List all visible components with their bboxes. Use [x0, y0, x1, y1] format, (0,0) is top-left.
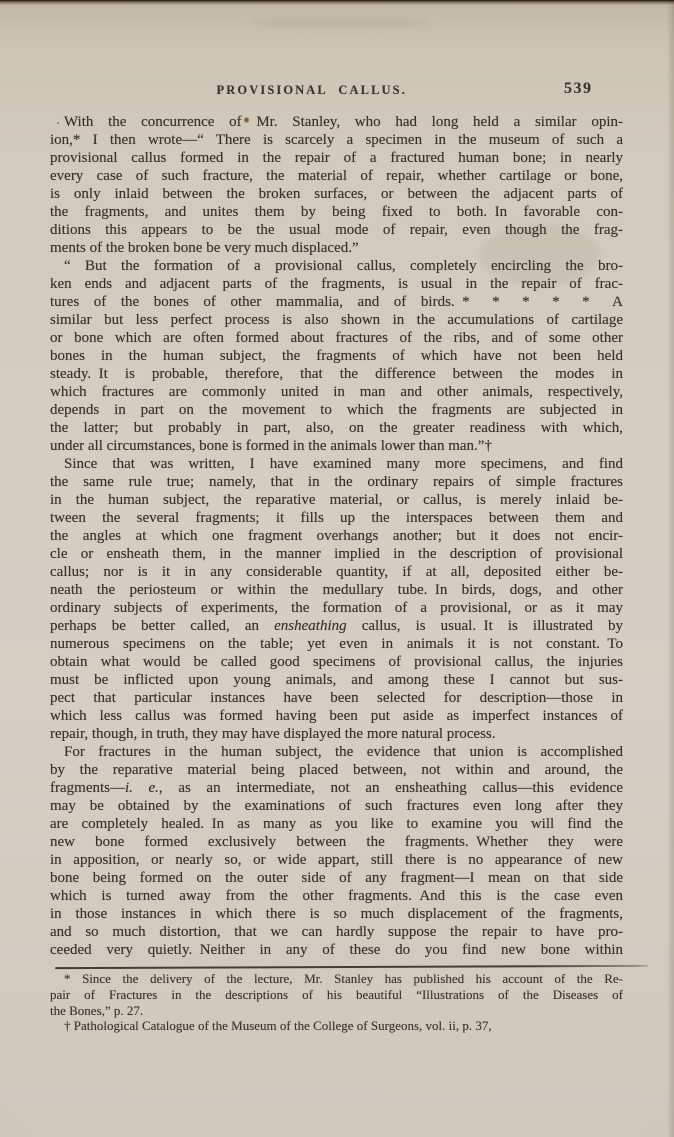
- ink-speck: [244, 117, 249, 123]
- text-line: similar but less perfect process is also…: [50, 311, 623, 329]
- text-line: ditions this appears to be the usual mod…: [50, 221, 623, 239]
- paragraph: “ But the formation of a provisional cal…: [50, 257, 623, 455]
- text-line: steady. It is probable, therefore, that …: [50, 365, 623, 383]
- paragraph: † Pathological Catalogue of the Museum o…: [50, 1018, 623, 1034]
- text-line: “ But the formation of a provisional cal…: [50, 257, 623, 275]
- text-line: pair of Fractures in the descriptions of…: [50, 987, 623, 1003]
- text-line: and so much distortion, that we can hard…: [50, 923, 623, 941]
- text-line: which fractures are commonly united in m…: [50, 383, 623, 401]
- show-through-smudge: [250, 18, 430, 28]
- paragraph: Since that was written, I have examined …: [50, 455, 623, 743]
- text-line: must be inflicted upon young animals, an…: [50, 671, 623, 689]
- text-line: the fragments, and unites them by being …: [50, 203, 623, 221]
- footnote-rule: [55, 965, 648, 969]
- text-line: ion,* I then wrote—“ There is scarcely a…: [50, 131, 623, 149]
- text-line: tween the several fragments; it fills up…: [50, 509, 623, 527]
- text-line: the latter; but probably in part, also, …: [50, 419, 623, 437]
- running-head: PROVISIONAL CALLUS. 539: [50, 80, 623, 100]
- text-line: may be obtained by the examinations of s…: [50, 797, 623, 815]
- paragraph: For fractures in the human subject, the …: [50, 743, 623, 959]
- ink-dot: [57, 122, 59, 124]
- text-line: provisional callus formed in the repair …: [50, 149, 623, 167]
- text-line: by the reparative material being placed …: [50, 761, 623, 779]
- page-top-edge-shadow: [0, 0, 674, 5]
- text-line: † Pathological Catalogue of the Museum o…: [50, 1018, 623, 1034]
- text-line: tures of the bones of other mammalia, an…: [50, 293, 623, 311]
- text-line: which is turned away from the other frag…: [50, 887, 623, 905]
- text-line: every case of such fracture, the materia…: [50, 167, 623, 185]
- text-line: depends in part on the movement to which…: [50, 401, 623, 419]
- text-line: ments of the broken bone be very much di…: [50, 239, 623, 257]
- text-line: fragments—i. e., as an intermediate, not…: [50, 779, 623, 797]
- text-line: bones in the human subject, the fragment…: [50, 347, 623, 365]
- text-line: repair, though, in truth, they may have …: [50, 725, 623, 743]
- text-line: pect that particular instances have been…: [50, 689, 623, 707]
- page-title: PROVISIONAL CALLUS.: [217, 83, 407, 98]
- page-right-edge-shadow: [667, 0, 674, 1137]
- text-line: or bone which are often formed about fra…: [50, 329, 623, 347]
- text-line: ken ends and adjacent parts of the fragm…: [50, 275, 623, 293]
- text-line: is only inlaid between the broken surfac…: [50, 185, 623, 203]
- text-line: ordinary subjects of experiments, the fo…: [50, 599, 623, 617]
- text-line: perhaps be better called, an ensheathing…: [50, 617, 623, 635]
- paragraph: * Since the delivery of the lecture, Mr.…: [50, 971, 623, 1018]
- text-line: For fractures in the human subject, the …: [50, 743, 623, 761]
- body-text: With the concurrence of Mr. Stanley, who…: [50, 113, 623, 959]
- text-line: which less callus was formed having been…: [50, 707, 623, 725]
- text-line: callus; nor is it in any considerable qu…: [50, 563, 623, 581]
- text-line: under all circumstances, bone is formed …: [50, 437, 623, 455]
- text-line: Since that was written, I have examined …: [50, 455, 623, 473]
- text-line: in apposition, or nearly so, or wide app…: [50, 851, 623, 869]
- scanned-book-page: PROVISIONAL CALLUS. 539 With the concurr…: [0, 0, 674, 1137]
- page-number: 539: [564, 80, 593, 98]
- text-line: are completely healed. In as many as you…: [50, 815, 623, 833]
- text-line: ceeded very quietly. Neither in any of t…: [50, 941, 623, 959]
- text-line: neath the periosteum or within the medul…: [50, 581, 623, 599]
- text-line: the angles at which one fragment overhan…: [50, 527, 623, 545]
- text-line: the Bones,” p. 27.: [50, 1003, 623, 1019]
- text-line: bone being formed on the outer side of a…: [50, 869, 623, 887]
- paragraph: With the concurrence of Mr. Stanley, who…: [50, 113, 623, 257]
- text-line: * Since the delivery of the lecture, Mr.…: [50, 971, 623, 987]
- text-line: new bone formed exclusively between the …: [50, 833, 623, 851]
- footnotes: * Since the delivery of the lecture, Mr.…: [50, 971, 623, 1034]
- text-line: cle or ensheath them, in the manner impl…: [50, 545, 623, 563]
- text-line: With the concurrence of Mr. Stanley, who…: [50, 113, 623, 131]
- text-line: in the human subject, the reparative mat…: [50, 491, 623, 509]
- text-line: in those instances in which there is so …: [50, 905, 623, 923]
- text-line: the same rule true; namely, that in the …: [50, 473, 623, 491]
- text-line: numerous specimens on the table; yet eve…: [50, 635, 623, 653]
- text-line: obtain what would be called good specime…: [50, 653, 623, 671]
